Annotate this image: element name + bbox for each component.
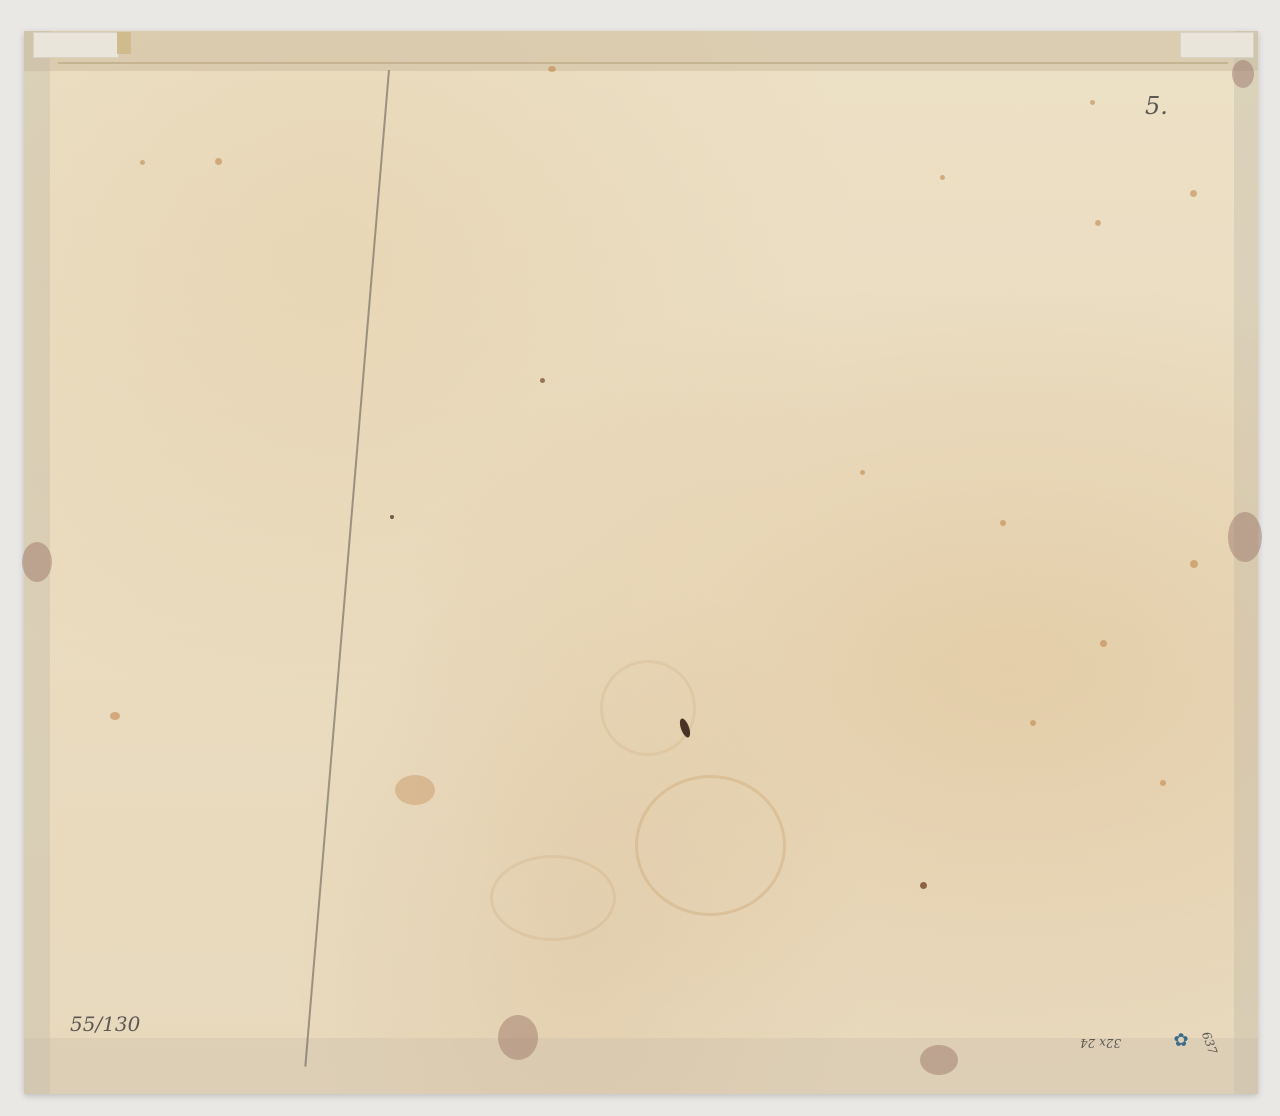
tape-hinge-left [33, 32, 119, 58]
water-stain-ring [490, 855, 616, 941]
inventory-number-annotation: 55/130 [70, 1012, 140, 1036]
edge-blot-right [1228, 512, 1262, 562]
foxing-spot [1030, 720, 1036, 726]
foxing-spot [110, 712, 120, 720]
foxing-spot [390, 515, 394, 519]
foxing-spot [1095, 220, 1101, 226]
foxing-spot [940, 175, 945, 180]
foxing-spot [540, 378, 545, 383]
foxing-spot [1160, 780, 1166, 786]
paper-sheet [24, 31, 1258, 1094]
foxing-spot [215, 158, 222, 165]
tape-hinge-left-residue [117, 32, 131, 54]
collector-stamp-icon: ✿ [1170, 1028, 1192, 1054]
right-mount-strip [1234, 31, 1258, 1094]
foxing-spot [1190, 190, 1197, 197]
edge-blot-bottom [498, 1015, 538, 1060]
edge-blot-left [22, 542, 52, 582]
bottom-mount-strip [24, 1038, 1258, 1094]
foxing-spot [140, 160, 145, 165]
foxing-spot [1100, 640, 1107, 647]
sheet-number-annotation: 5. [1145, 92, 1168, 120]
foxing-spot [1090, 100, 1095, 105]
foxing-spot [860, 470, 865, 475]
edge-blot-bottom [920, 1045, 958, 1075]
foxing-spot [1190, 560, 1198, 568]
dimensions-annotation: 32x 24 [1080, 1036, 1121, 1050]
top-mount-strip [24, 31, 1258, 71]
water-stain-ring [635, 775, 786, 916]
tape-hinge-right [1180, 32, 1254, 58]
top-fold-line [58, 62, 1228, 64]
edge-blot-top-right [1232, 60, 1254, 88]
water-stain-ring [600, 660, 696, 756]
foxing-cluster [395, 775, 435, 805]
foxing-spot [920, 882, 927, 889]
foxing-spot [1000, 520, 1006, 526]
foxing-spot [548, 66, 556, 72]
